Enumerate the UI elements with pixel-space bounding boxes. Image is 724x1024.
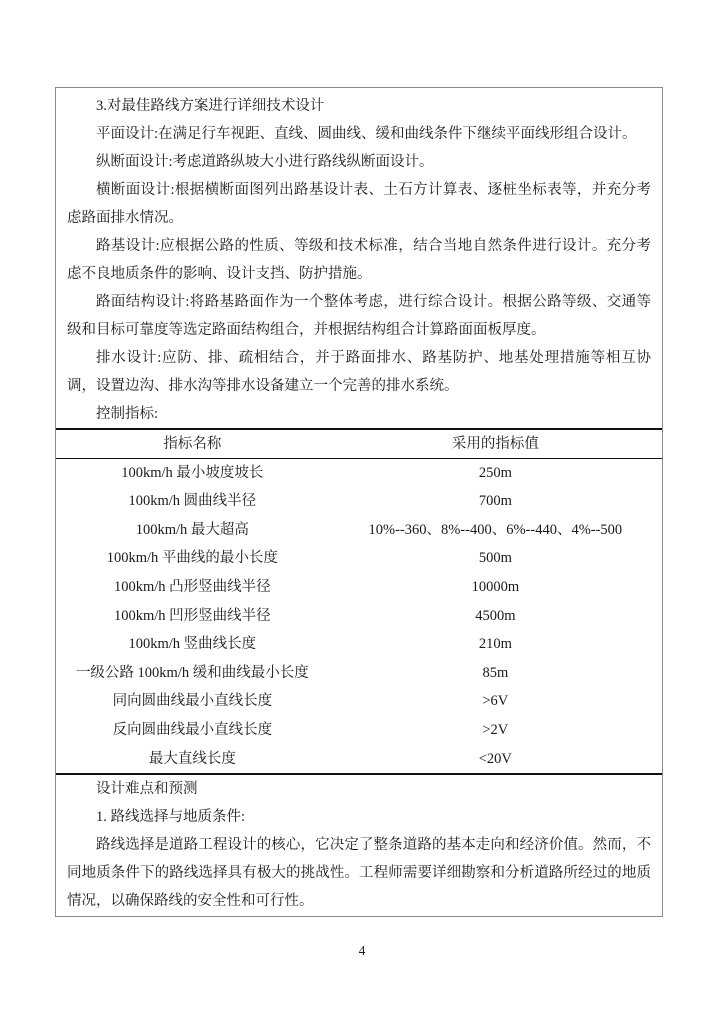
table-row: 100km/h 最大超高 10%--360、8%--400、6%--440、4%… xyxy=(56,516,662,545)
table-row: 100km/h 凹形竖曲线半径 4500m xyxy=(56,602,662,631)
indicator-name: 100km/h 最大超高 xyxy=(56,523,329,538)
indicator-name: 100km/h 最小坡度坡长 xyxy=(56,466,329,481)
content-cell: 3.对最佳路线方案进行详细技术设计 平面设计:在满足行车视距、直线、圆曲线、缓和… xyxy=(55,87,663,917)
indicator-name: 最大直线长度 xyxy=(56,752,329,767)
indicator-name: 100km/h 平曲线的最小长度 xyxy=(56,551,329,566)
para-difficulties-title: 设计难点和预测 xyxy=(56,775,662,803)
table-row: 最大直线长度 <20V xyxy=(56,745,662,774)
table-row: 100km/h 凸形竖曲线半径 10000m xyxy=(56,573,662,602)
para-route-selection-heading: 1. 路线选择与地质条件: xyxy=(56,803,662,831)
para-detail-design-title: 3.对最佳路线方案进行详细技术设计 xyxy=(56,92,662,120)
para-drainage-design: 排水设计:应防、排、疏相结合，并于路面排水、路基防护、地基处理措施等相互协调，设… xyxy=(56,344,662,400)
table-row: 100km/h 圆曲线半径 700m xyxy=(56,487,662,516)
indicator-name: 100km/h 圆曲线半径 xyxy=(56,494,329,509)
indicator-name: 同向圆曲线最小直线长度 xyxy=(56,694,329,709)
indicator-value: 10%--360、8%--400、6%--440、4%--500 xyxy=(329,523,662,538)
indicator-value: 10000m xyxy=(329,580,662,595)
table-row: 一级公路 100km/h 缓和曲线最小长度 85m xyxy=(56,659,662,688)
para-subgrade-design: 路基设计:应根据公路的性质、等级和技术标准，结合当地自然条件进行设计。充分考虑不… xyxy=(56,232,662,288)
table-row: 反向圆曲线最小直线长度 >2V xyxy=(56,716,662,745)
table-row: 100km/h 竖曲线长度 210m xyxy=(56,630,662,659)
table-row: 同向圆曲线最小直线长度 >6V xyxy=(56,687,662,716)
table-header-row: 指标名称 采用的指标值 xyxy=(56,430,662,459)
indicator-value: >6V xyxy=(329,694,662,709)
indicator-name: 100km/h 竖曲线长度 xyxy=(56,637,329,652)
control-indicators-table: 指标名称 采用的指标值 100km/h 最小坡度坡长 250m 100km/h … xyxy=(56,428,662,775)
page-number: 4 xyxy=(0,943,724,959)
indicator-value: 4500m xyxy=(329,609,662,624)
indicator-value-header: 采用的指标值 xyxy=(329,437,662,452)
indicator-name: 100km/h 凹形竖曲线半径 xyxy=(56,609,329,624)
para-control-indicators-label: 控制指标: xyxy=(56,400,662,428)
para-cross-section-design: 横断面设计:根据横断面图列出路基设计表、土石方计算表、逐桩坐标表等，并充分考虑路… xyxy=(56,176,662,232)
table-row: 100km/h 平曲线的最小长度 500m xyxy=(56,544,662,573)
table-row: 100km/h 最小坡度坡长 250m xyxy=(56,459,662,488)
indicator-name: 一级公路 100km/h 缓和曲线最小长度 xyxy=(56,666,329,681)
indicator-name: 反向圆曲线最小直线长度 xyxy=(56,723,329,738)
para-plane-design: 平面设计:在满足行车视距、直线、圆曲线、缓和曲线条件下继续平面线形组合设计。 xyxy=(56,120,662,148)
para-profile-design: 纵断面设计:考虑道路纵坡大小进行路线纵断面设计。 xyxy=(56,148,662,176)
indicator-value: 85m xyxy=(329,666,662,681)
indicator-value: <20V xyxy=(329,752,662,767)
indicator-value: 210m xyxy=(329,637,662,652)
document-page: { "paragraphs_top": [ "3.对最佳路线方案进行详细技术设计… xyxy=(0,0,724,1024)
para-pavement-structure-design: 路面结构设计:将路基路面作为一个整体考虑，进行综合设计。根据公路等级、交通等级和… xyxy=(56,288,662,344)
indicator-value: 250m xyxy=(329,466,662,481)
indicator-value: 700m xyxy=(329,494,662,509)
indicator-value: >2V xyxy=(329,723,662,738)
indicator-value: 500m xyxy=(329,551,662,566)
para-route-selection-body: 路线选择是道路工程设计的核心，它决定了整条道路的基本走向和经济价值。然而，不同地… xyxy=(56,831,662,915)
indicator-name: 100km/h 凸形竖曲线半径 xyxy=(56,580,329,595)
indicator-name-header: 指标名称 xyxy=(56,437,329,452)
